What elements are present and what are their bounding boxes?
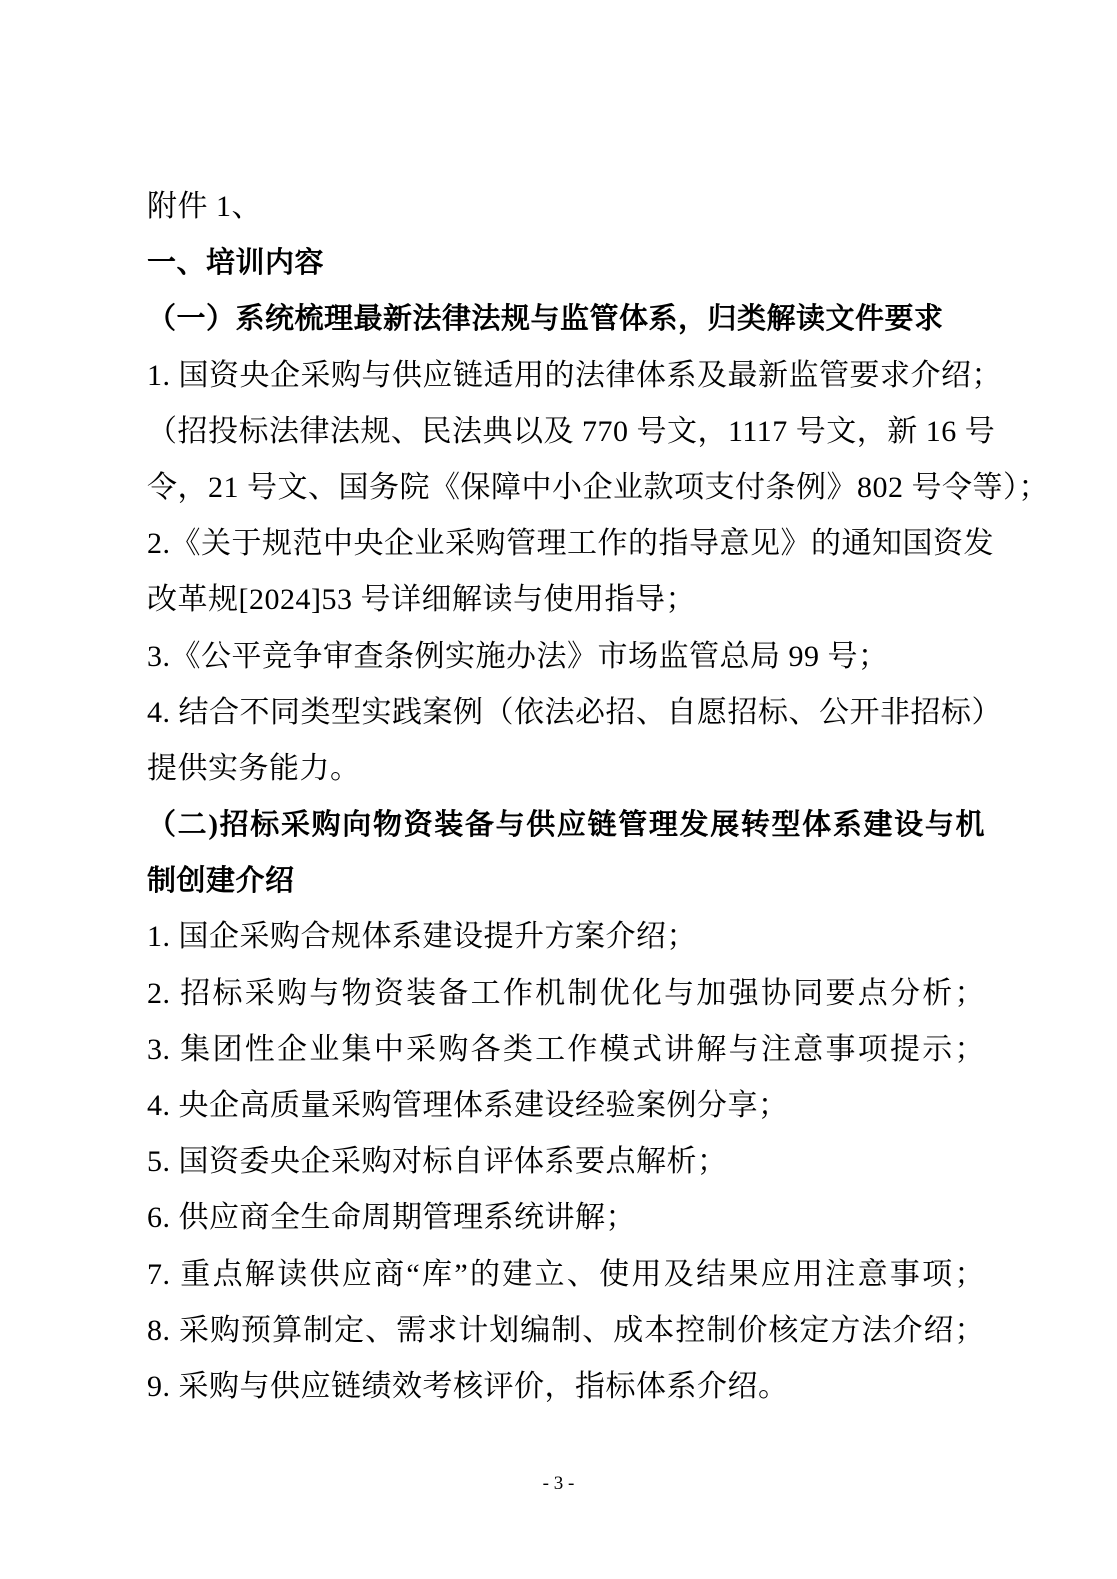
body-line-item2: 2.《关于规范中央企业采购管理工作的指导意见》的通知国资发 [147,516,985,572]
section-1-title: 一、培训内容 [147,235,985,291]
document-page: 附件 1、 一、培训内容 （一）系统梳理最新法律法规与监管体系，归类解读文件要求… [0,0,1117,1579]
body-line-s2-item4: 4. 央企高质量采购管理体系建设经验案例分享； [147,1078,985,1134]
body-line-item3: 3.《公平竞争审查条例实施办法》市场监管总局 99 号； [147,629,985,685]
attachment-label: 附件 1、 [147,179,985,235]
body-line-s2-item5: 5. 国资委央企采购对标自评体系要点解析； [147,1134,985,1190]
body-line-s2-item2: 2. 招标采购与物资装备工作机制优化与加强协同要点分析； [147,966,985,1022]
body-line-item4-cont: 提供实务能力。 [147,741,985,797]
body-line-s2-item3: 3. 集团性企业集中采购各类工作模式讲解与注意事项提示； [147,1022,985,1078]
page-number: - 3 - [0,1472,1117,1496]
body-line-s2-item1: 1. 国企采购合规体系建设提升方案介绍； [147,909,985,965]
document-body: 附件 1、 一、培训内容 （一）系统梳理最新法律法规与监管体系，归类解读文件要求… [147,179,985,1415]
body-line-s2-item6: 6. 供应商全生命周期管理系统讲解； [147,1190,985,1246]
body-line-item1-cont2: 令，21 号文、国务院《保障中小企业款项支付条例》802 号令等）； [147,460,985,516]
subsection-2-heading: （二)招标采购向物资装备与供应链管理发展转型体系建设与机 [147,797,985,853]
body-line-s2-item9: 9. 采购与供应链绩效考核评价，指标体系介绍。 [147,1359,985,1415]
body-line-s2-item7: 7. 重点解读供应商“库”的建立、使用及结果应用注意事项； [147,1247,985,1303]
body-line-item1: 1. 国资央企采购与供应链适用的法律体系及最新监管要求介绍； [147,348,985,404]
body-line-item1-cont1: （招投标法律法规、民法典以及 770 号文，1117 号文，新 16 号 [147,404,985,460]
body-line-item2-cont: 改革规[2024]53 号详细解读与使用指导； [147,572,985,628]
subsection-2-heading-cont: 制创建介绍 [147,853,985,909]
body-line-s2-item8: 8. 采购预算制定、需求计划编制、成本控制价核定方法介绍； [147,1303,985,1359]
body-line-item4: 4. 结合不同类型实践案例（依法必招、自愿招标、公开非招标） [147,685,985,741]
subsection-1-heading: （一）系统梳理最新法律法规与监管体系，归类解读文件要求 [147,291,985,347]
